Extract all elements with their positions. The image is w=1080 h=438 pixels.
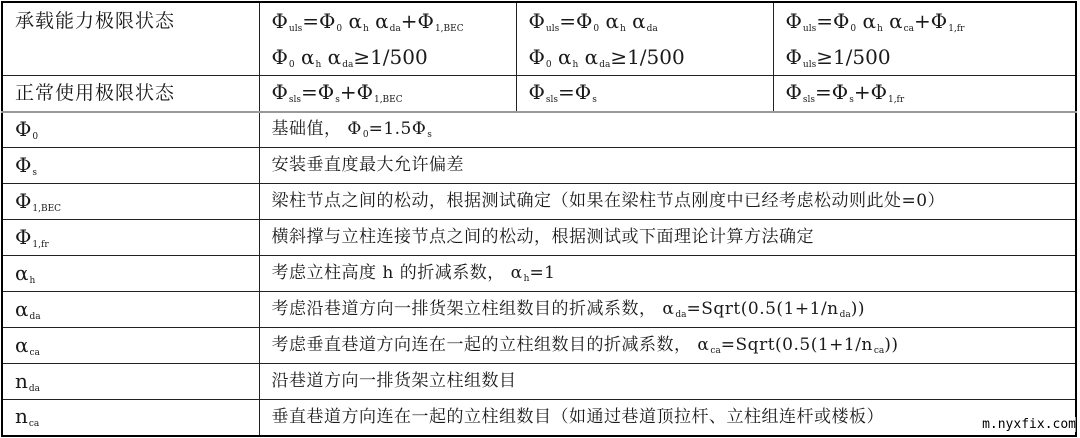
description-cell: 垂直巷道方向连在一起的立柱组数目（如通过巷道顶拉杆、立柱组连杆或楼板）	[259, 400, 1076, 436]
table-row-phi0: Φ0 基础值， Φ0=1.5Φs	[2, 112, 1076, 148]
symbol-cell: αda	[2, 292, 259, 328]
symbol-cell: nda	[2, 364, 259, 400]
parameter-table: 承载能力极限状态 Φuls=Φ0 αh αda+Φ1,BEC Φ0 αh αda…	[1, 1, 1077, 437]
uls-label-cell: 承载能力极限状态	[2, 2, 259, 76]
sls-formula-cell-2: Φsls=Φs	[516, 76, 773, 112]
table-row-alpha-ca: αca 考虑垂直巷道方向连在一起的立柱组数目的折减系数， αca=Sqrt(0.…	[2, 328, 1076, 364]
watermark: m.nyxfix.com	[982, 417, 1076, 432]
description-cell: 考虑垂直巷道方向连在一起的立柱组数目的折减系数， αca=Sqrt(0.5(1+…	[259, 328, 1076, 364]
table-row-alpha-h: αh 考虑立柱高度 h 的折减系数， αh=1	[2, 256, 1076, 292]
formula: Φ0 αh αda≥1/500	[529, 39, 773, 75]
table-row-phi1fr: Φ1,fr 横斜撑与立柱连接节点之间的松动，根据测试或下面理论计算方法确定	[2, 220, 1076, 256]
uls-formula-cell-1: Φuls=Φ0 αh αda+Φ1,BEC Φ0 αh αda≥1/500	[259, 2, 516, 76]
symbol-cell: αca	[2, 328, 259, 364]
formula: Φuls=Φ0 αh αda+Φ1,BEC	[272, 3, 516, 39]
sls-label-cell: 正常使用极限状态	[2, 76, 259, 112]
table-row-n-da: nda 沿巷道方向一排货架立柱组数目	[2, 364, 1076, 400]
uls-label: 承载能力极限状态	[15, 10, 175, 32]
symbol-cell: Φ0	[2, 112, 259, 148]
table-row-phi1bec: Φ1,BEC 梁柱节点之间的松动，根据测试确定（如果在梁柱节点刚度中已经考虑松动…	[2, 184, 1076, 220]
table-row-phis: Φs 安装垂直度最大允许偏差	[2, 148, 1076, 184]
table-row-n-ca: nca 垂直巷道方向连在一起的立柱组数目（如通过巷道顶拉杆、立柱组连杆或楼板）	[2, 400, 1076, 436]
uls-formula-cell-2: Φuls=Φ0 αh αda Φ0 αh αda≥1/500	[516, 2, 773, 76]
table-row-uls: 承载能力极限状态 Φuls=Φ0 αh αda+Φ1,BEC Φ0 αh αda…	[2, 2, 1076, 76]
description-cell: 沿巷道方向一排货架立柱组数目	[259, 364, 1076, 400]
formula: Φuls=Φ0 αh αca+Φ1,fr	[786, 3, 1076, 39]
description-cell: 安装垂直度最大允许偏差	[259, 148, 1076, 184]
symbol-cell: αh	[2, 256, 259, 292]
formula: Φuls≥1/500	[786, 39, 1076, 75]
table-row-sls: 正常使用极限状态 Φsls=Φs+Φ1,BEC Φsls=Φs Φsls=Φs+…	[2, 76, 1076, 112]
description-cell: 考虑沿巷道方向一排货架立柱组数目的折减系数， αda=Sqrt(0.5(1+1/…	[259, 292, 1076, 328]
symbol-cell: Φ1,fr	[2, 220, 259, 256]
description-cell: 横斜撑与立柱连接节点之间的松动，根据测试或下面理论计算方法确定	[259, 220, 1076, 256]
sls-formula-cell-3: Φsls=Φs+Φ1,fr	[773, 76, 1076, 112]
description-cell: 梁柱节点之间的松动，根据测试确定（如果在梁柱节点刚度中已经考虑松动则此处=0）	[259, 184, 1076, 220]
description-cell: 基础值， Φ0=1.5Φs	[259, 112, 1076, 148]
symbol-cell: Φ1,BEC	[2, 184, 259, 220]
formula: Φ0 αh αda≥1/500	[272, 39, 516, 75]
sls-label: 正常使用极限状态	[15, 82, 175, 104]
table-row-alpha-da: αda 考虑沿巷道方向一排货架立柱组数目的折减系数， αda=Sqrt(0.5(…	[2, 292, 1076, 328]
symbol-cell: Φs	[2, 148, 259, 184]
sls-formula-cell-1: Φsls=Φs+Φ1,BEC	[259, 76, 516, 112]
uls-formula-cell-3: Φuls=Φ0 αh αca+Φ1,fr Φuls≥1/500	[773, 2, 1076, 76]
description-cell: 考虑立柱高度 h 的折减系数， αh=1	[259, 256, 1076, 292]
formula: Φuls=Φ0 αh αda	[529, 3, 773, 39]
symbol-cell: nca	[2, 400, 259, 436]
